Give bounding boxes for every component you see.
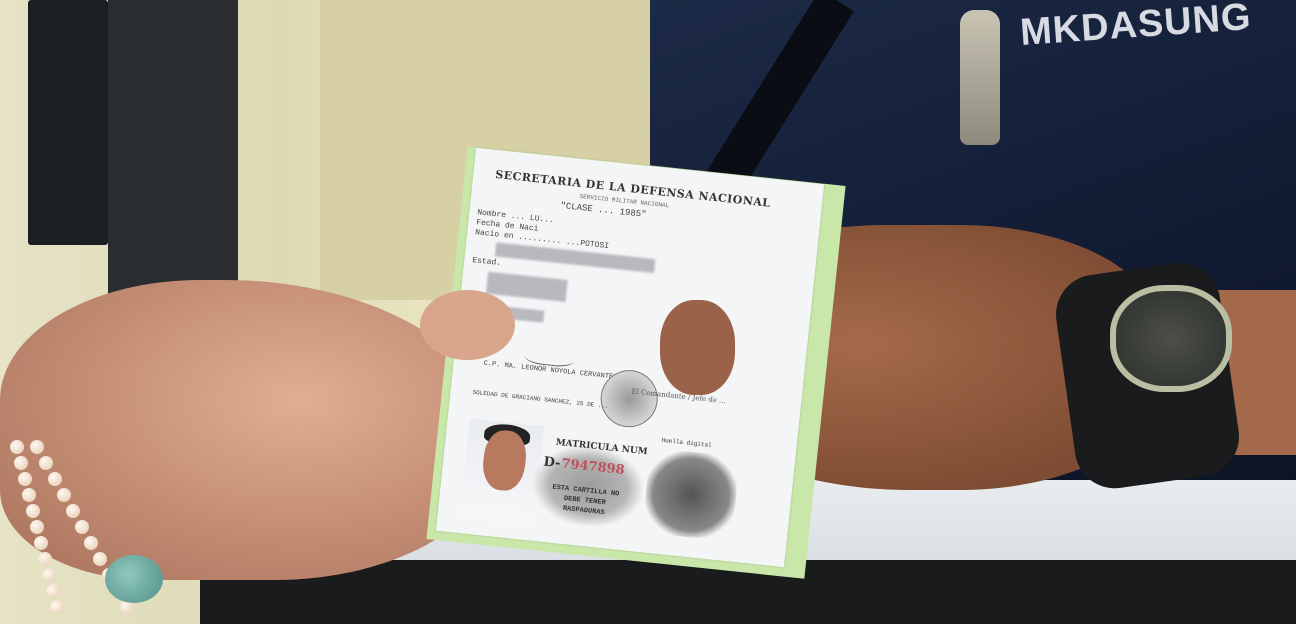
- field-estado: Estad.: [472, 256, 502, 268]
- military-id-card: SECRETARIA DE LA DEFENSA NACIONAL SERVIC…: [436, 148, 824, 567]
- bracelet-bead: [18, 472, 32, 486]
- bracelet-bead: [48, 472, 62, 486]
- bracelet-bead: [57, 488, 71, 502]
- bracelet-bead: [66, 504, 80, 518]
- bracelet-bead: [46, 584, 60, 598]
- fingerprint: [642, 448, 740, 542]
- place-date: SOLEDAD DE GRACIANO SANCHEZ, 25 DE ...: [472, 389, 609, 410]
- bracelet-bead: [10, 440, 24, 454]
- bracelet-bead: [30, 520, 44, 534]
- window-frame: [28, 0, 108, 245]
- bracelet-bead: [50, 600, 64, 614]
- bracelet-bead: [84, 536, 98, 550]
- bracelet-bead: [38, 552, 52, 566]
- watch-face: [1110, 285, 1232, 392]
- matricula-prefix: D-: [543, 455, 561, 472]
- bracelet-bead: [22, 488, 36, 502]
- bracelet-bead: [14, 456, 28, 470]
- left-thumb: [420, 290, 515, 360]
- bracelet-bead: [75, 520, 89, 534]
- right-thumb: [660, 300, 735, 395]
- bracelet-bead: [26, 504, 40, 518]
- bracelet-bead: [30, 440, 44, 454]
- bracelet-bead: [93, 552, 107, 566]
- bracelet-stone: [105, 555, 163, 603]
- bracelet-bead: [34, 536, 48, 550]
- pendant: [960, 10, 1000, 145]
- bracelet-bead: [39, 456, 53, 470]
- bracelet-bead: [42, 568, 56, 582]
- fingerprint-label: Huella digital: [661, 437, 712, 449]
